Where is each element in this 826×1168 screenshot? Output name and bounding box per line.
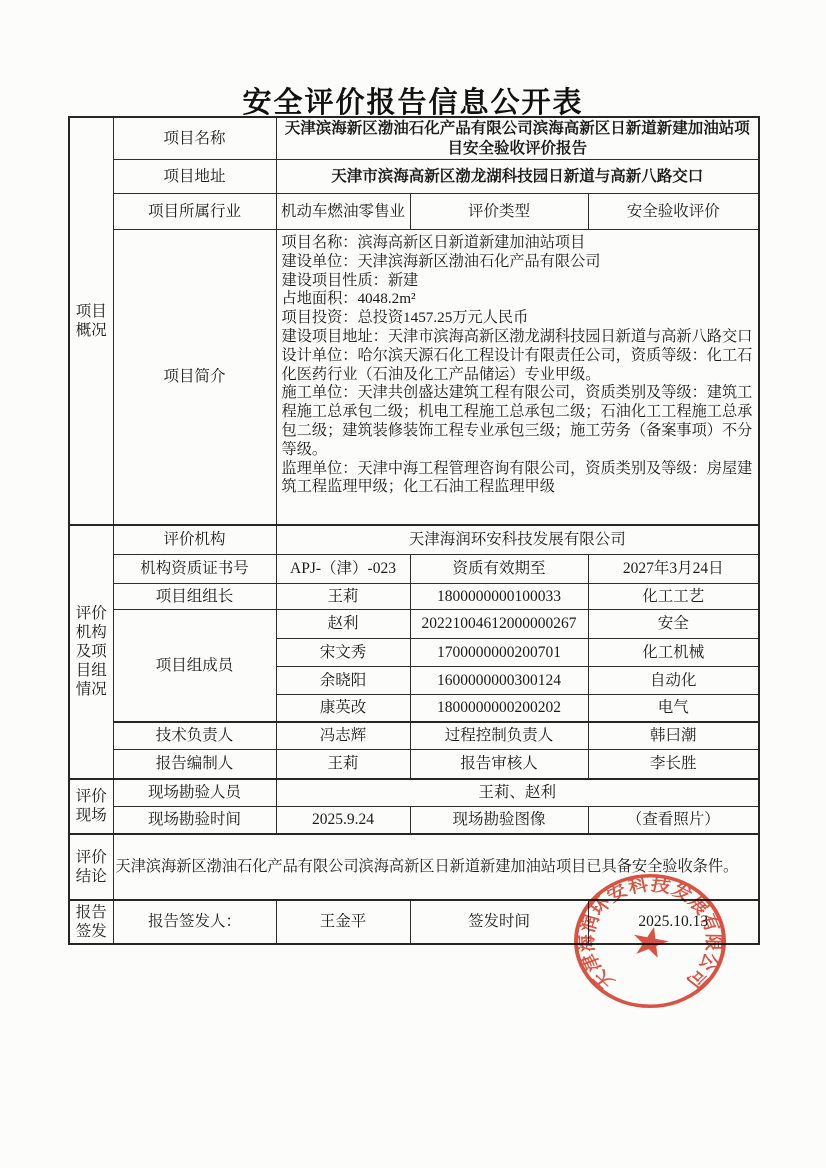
issuer-name: 王金平 xyxy=(276,900,410,944)
table-row: 项目概况 项目名称 天津滨海新区渤油石化产品有限公司滨海高新区日新道新建加油站项… xyxy=(69,117,759,160)
table-row: 技术负责人 冯志辉 过程控制负责人 韩曰潮 xyxy=(69,722,759,750)
tech-lead-name: 冯志辉 xyxy=(276,722,410,750)
section-label-org: 评价机构及项目组情况 xyxy=(69,525,113,779)
table-row: 评价现场 现场勘验人员 王莉、赵利 xyxy=(69,779,759,807)
scanned-document-page: 安全评价报告信息公开表 项目概况 项目名称 天津滨海新区渤油石化产品有限公司滨海… xyxy=(0,0,826,1168)
eval-type-value: 安全验收评价 xyxy=(588,194,759,230)
member-name: 康英改 xyxy=(276,695,410,722)
section-label-issue: 报告签发 xyxy=(69,900,113,944)
inspection-time-label: 现场勘验时间 xyxy=(113,807,276,834)
member-major: 电气 xyxy=(588,695,759,722)
inspection-images-label: 现场勘验图像 xyxy=(410,807,588,834)
member-name: 余晓阳 xyxy=(276,667,410,695)
industry-value: 机动车燃油零售业 xyxy=(276,194,410,230)
section-label-site: 评价现场 xyxy=(69,779,113,834)
member-major: 安全 xyxy=(588,610,759,639)
table-row: 报告编制人 王莉 报告审核人 李长胜 xyxy=(69,750,759,779)
author-name: 王莉 xyxy=(276,750,410,779)
table-row: 项目所属行业 机动车燃油零售业 评价类型 安全验收评价 xyxy=(69,194,759,230)
member-name: 宋文秀 xyxy=(276,639,410,667)
project-name-label: 项目名称 xyxy=(113,117,276,160)
table-row: 项目组成员 赵利 20221004612000000267 安全 xyxy=(69,610,759,639)
table-row: 评价机构及项目组情况 评价机构 天津海润环安科技发展有限公司 xyxy=(69,525,759,555)
process-lead-label: 过程控制负责人 xyxy=(410,722,588,750)
project-address-value: 天津市滨海高新区渤龙湖科技园日新道与高新八路交口 xyxy=(276,160,759,194)
agency-label: 评价机构 xyxy=(113,525,276,555)
tech-lead-label: 技术负责人 xyxy=(113,722,276,750)
inspectors-label: 现场勘验人员 xyxy=(113,779,276,807)
project-name-value: 天津滨海新区渤油石化产品有限公司滨海高新区日新道新建加油站项目安全验收评价报告 xyxy=(276,117,759,160)
table-row: 项目组组长 王莉 1800000000100033 化工工艺 xyxy=(69,584,759,610)
disclosure-table: 项目概况 项目名称 天津滨海新区渤油石化产品有限公司滨海高新区日新道新建加油站项… xyxy=(68,116,760,945)
member-major: 化工机械 xyxy=(588,639,759,667)
issue-time-label: 签发时间 xyxy=(410,900,588,944)
member-cert: 20221004612000000267 xyxy=(410,610,588,639)
member-cert: 1700000000200701 xyxy=(410,639,588,667)
table-row: 评价结论 天津滨海新区渤油石化产品有限公司滨海高新区日新道新建加油站项目已具备安… xyxy=(69,834,759,900)
member-name: 赵利 xyxy=(276,610,410,639)
cert-no-label: 机构资质证书号 xyxy=(113,555,276,584)
table-row: 现场勘验时间 2025.9.24 现场勘验图像 （查看照片） xyxy=(69,807,759,834)
member-cert: 1600000000300124 xyxy=(410,667,588,695)
table-row: 机构资质证书号 APJ-（津）-023 资质有效期至 2027年3月24日 xyxy=(69,555,759,584)
leader-name: 王莉 xyxy=(276,584,410,610)
project-address-label: 项目地址 xyxy=(113,160,276,194)
leader-label: 项目组组长 xyxy=(113,584,276,610)
member-cert: 1800000000200202 xyxy=(410,695,588,722)
table-row: 报告签发 报告签发人： 王金平 签发时间 2025.10.13 xyxy=(69,900,759,944)
conclusion-text: 天津滨海新区渤油石化产品有限公司滨海高新区日新道新建加油站项目已具备安全验收条件… xyxy=(113,834,759,900)
section-label-conclusion: 评价结论 xyxy=(69,834,113,900)
document-title: 安全评价报告信息公开表 xyxy=(0,80,826,121)
agency-value: 天津海润环安科技发展有限公司 xyxy=(276,525,759,555)
project-brief-label: 项目简介 xyxy=(113,230,276,525)
cert-no-value: APJ-（津）-023 xyxy=(276,555,410,584)
section-label-overview: 项目概况 xyxy=(69,117,113,525)
member-major: 自动化 xyxy=(588,667,759,695)
reviewer-name: 李长胜 xyxy=(588,750,759,779)
inspection-time-value: 2025.9.24 xyxy=(276,807,410,834)
issue-date-value: 2025.10.13 xyxy=(588,900,759,944)
process-lead-name: 韩曰潮 xyxy=(588,722,759,750)
members-label: 项目组成员 xyxy=(113,610,276,722)
view-photos-link: （查看照片） xyxy=(588,807,759,834)
cert-valid-value: 2027年3月24日 xyxy=(588,555,759,584)
eval-type-label: 评价类型 xyxy=(410,194,588,230)
author-label: 报告编制人 xyxy=(113,750,276,779)
table-row: 项目简介 项目名称：滨海高新区日新道新建加油站项目建设单位：天津滨海新区渤油石化… xyxy=(69,230,759,525)
inspectors-value: 王莉、赵利 xyxy=(276,779,759,807)
table-row: 项目地址 天津市滨海高新区渤龙湖科技园日新道与高新八路交口 xyxy=(69,160,759,194)
industry-label: 项目所属行业 xyxy=(113,194,276,230)
reviewer-label: 报告审核人 xyxy=(410,750,588,779)
project-brief-text: 项目名称：滨海高新区日新道新建加油站项目建设单位：天津滨海新区渤油石化产品有限公… xyxy=(276,230,759,525)
leader-major: 化工工艺 xyxy=(588,584,759,610)
issuer-label: 报告签发人： xyxy=(113,900,276,944)
cert-valid-label: 资质有效期至 xyxy=(410,555,588,584)
leader-cert: 1800000000100033 xyxy=(410,584,588,610)
